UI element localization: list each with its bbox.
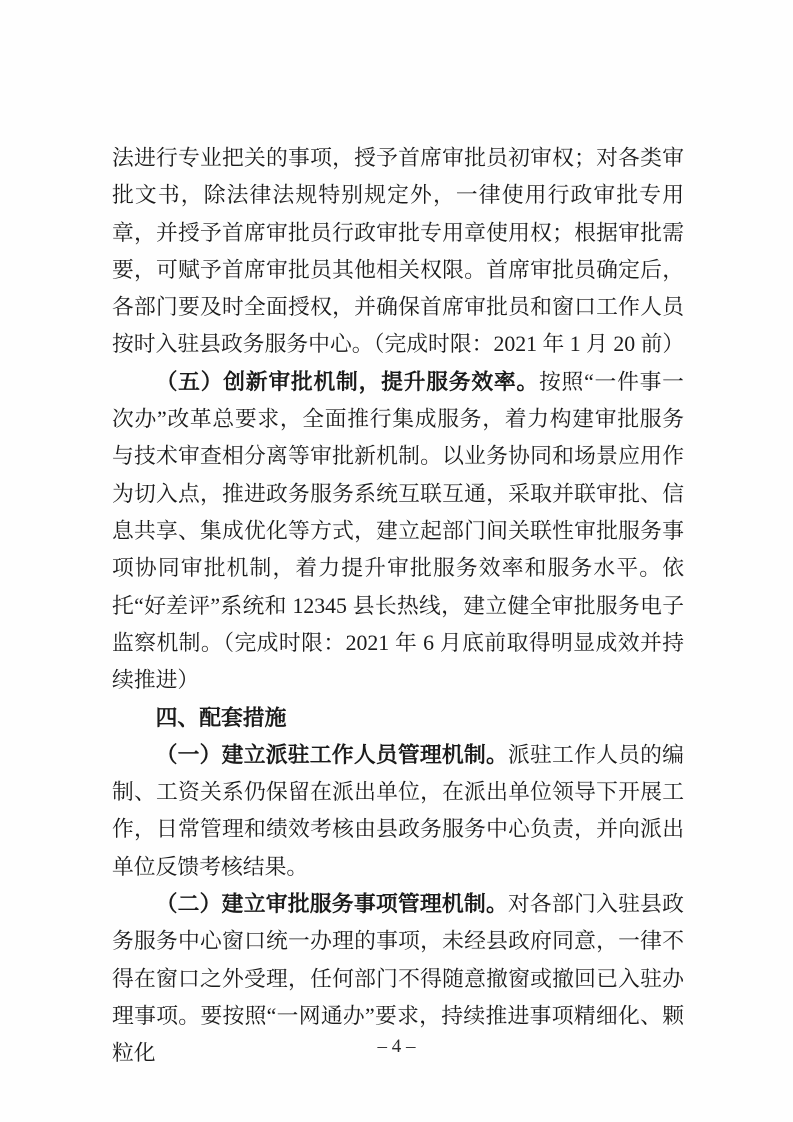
- paragraph-item-2-lead: （二）建立审批服务事项管理机制。: [156, 892, 508, 916]
- heading-section-4: 四、配套措施: [112, 699, 684, 736]
- paragraph-section-5-text: 按照“一件事一次办”改革总要求，全面推行集成服务，着力构建审批服务与技术审查相分…: [112, 370, 684, 692]
- paragraph-item-1: （一）建立派驻工作人员管理机制。派驻工作人员的编制、工资关系仍保留在派出单位，在…: [112, 737, 684, 886]
- paragraph-section-5: （五）创新审批机制，提升服务效率。按照“一件事一次办”改革总要求，全面推行集成服…: [112, 364, 684, 700]
- paragraph-section-5-lead: （五）创新审批机制，提升服务效率。: [156, 370, 539, 394]
- paragraph-item-1-lead: （一）建立派驻工作人员管理机制。: [156, 743, 508, 767]
- document-page: 法进行专业把关的事项，授予首席审批员初审权；对各类审批文书，除法律法规特别规定外…: [0, 0, 793, 1122]
- document-body: 法进行专业把关的事项，授予首席审批员初审权；对各类审批文书，除法律法规特别规定外…: [112, 140, 684, 1072]
- paragraph-continuation: 法进行专业把关的事项，授予首席审批员初审权；对各类审批文书，除法律法规特别规定外…: [112, 140, 684, 364]
- page-number: – 4 –: [0, 1036, 793, 1058]
